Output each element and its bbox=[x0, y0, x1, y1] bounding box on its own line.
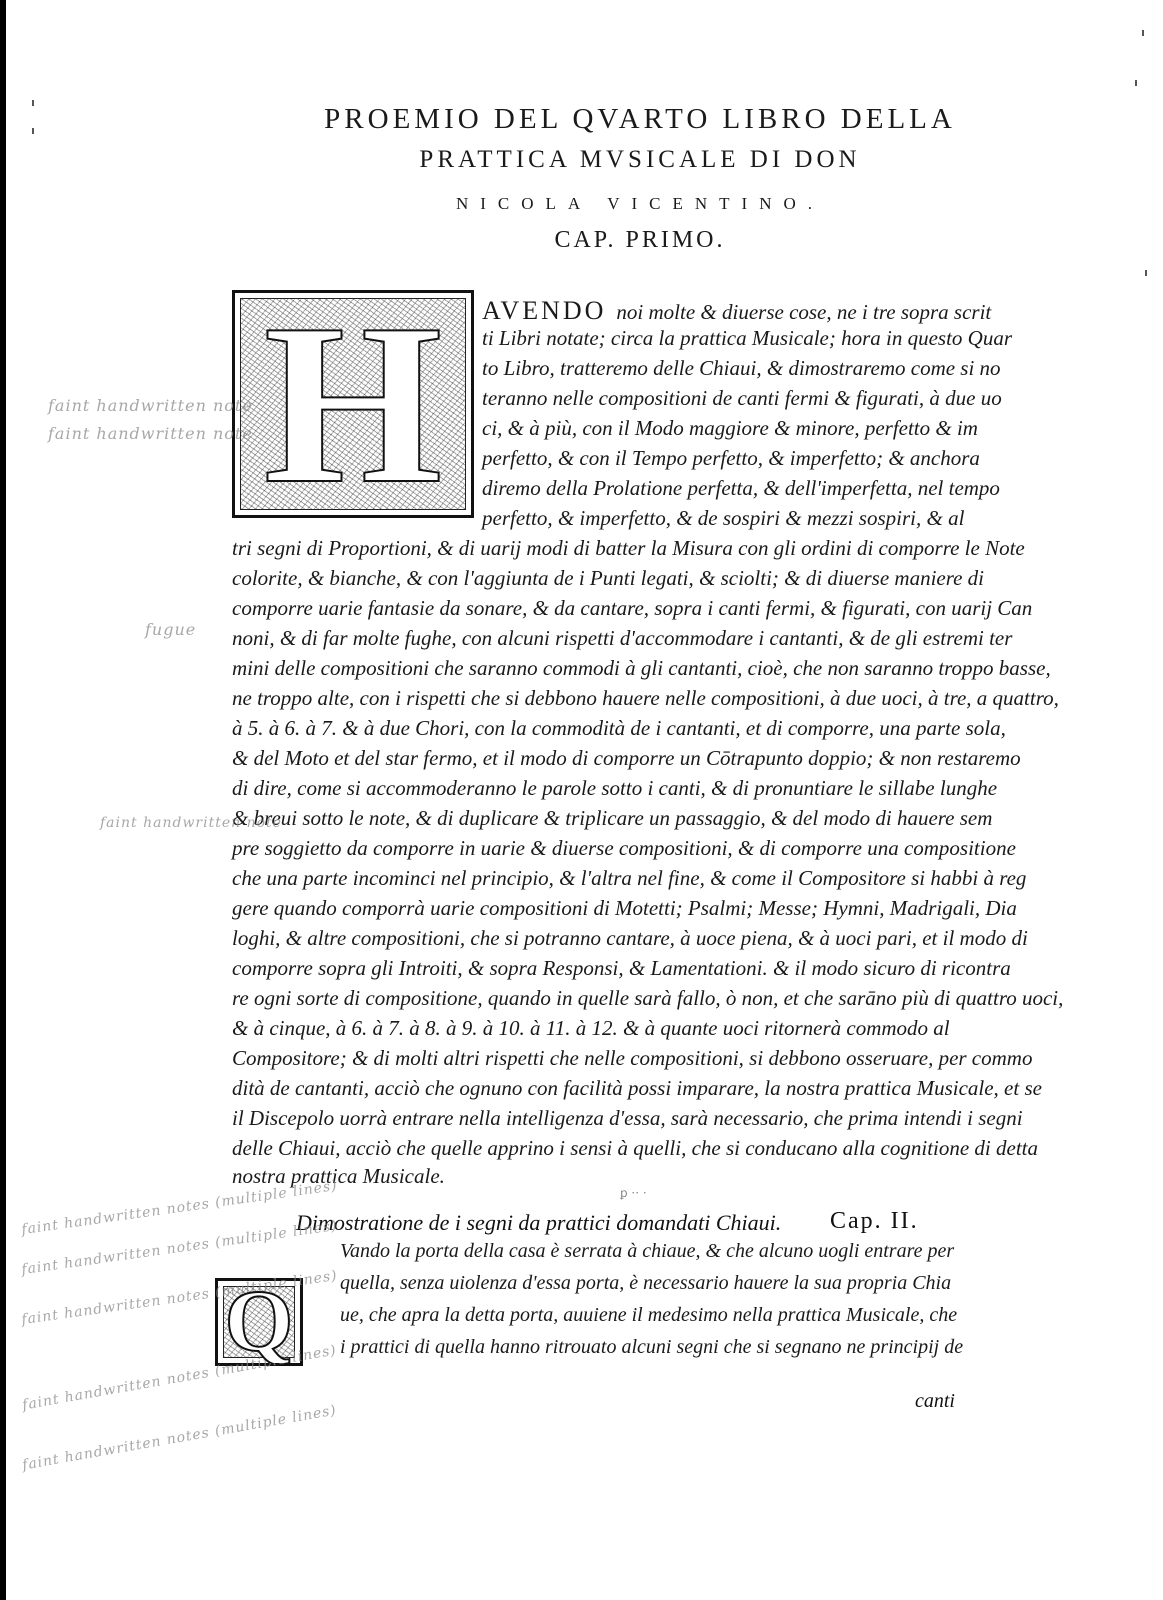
scan-speck bbox=[32, 100, 34, 106]
text-line: perfetto, & imperfetto, & de sospiri & m… bbox=[482, 506, 964, 531]
text-line: ue, che apra la detta porta, auuiene il … bbox=[340, 1304, 957, 1327]
margin-note: faint handwritten notes (multiple lines) bbox=[21, 1402, 338, 1473]
text-line: diremo della Prolatione perfetta, & dell… bbox=[482, 476, 1000, 501]
text-line: & breui sotto le note, & di duplicare & … bbox=[232, 806, 992, 831]
opening-word: AVENDO bbox=[482, 296, 606, 325]
title-line-2: PRATTICA MVSICALE DI DON bbox=[270, 140, 1010, 180]
text-line: i prattici di quella hanno ritrouato alc… bbox=[340, 1336, 963, 1359]
text-line: dità de cantanti, acciò che ognuno con f… bbox=[232, 1076, 1042, 1101]
text-span: noi molte & diuerse cose, ne i tre sopra… bbox=[616, 300, 991, 324]
text-line: pre soggietto da comporre in uarie & diu… bbox=[232, 836, 1016, 861]
scan-border bbox=[0, 0, 6, 1600]
text-line: AVENDOnoi molte & diuerse cose, ne i tre… bbox=[482, 296, 991, 326]
chapter-2-label: Cap. II. bbox=[830, 1208, 919, 1235]
text-line: mini delle compositioni che saranno comm… bbox=[232, 656, 1051, 681]
scan-speck bbox=[1135, 80, 1137, 86]
text-line: gere quando comporrà uarie compositioni … bbox=[232, 896, 1017, 921]
text-line: di dire, come si accommoderanno le parol… bbox=[232, 776, 997, 801]
text-line: quella, senza uiolenza d'essa porta, è n… bbox=[340, 1272, 951, 1295]
title-line-1: PROEMIO DEL QVARTO LIBRO DELLA bbox=[270, 98, 1010, 140]
author-line: NICOLA VICENTINO. bbox=[270, 186, 1010, 222]
text-line: à 5. à 6. à 7. & à due Chori, con la com… bbox=[232, 716, 1006, 741]
text-line: comporre sopra gli Introiti, & sopra Res… bbox=[232, 956, 1011, 981]
text-line: ci, & à più, con il Modo maggiore & mino… bbox=[482, 416, 978, 441]
decorated-initial-q: Q bbox=[215, 1278, 303, 1366]
handwritten-note: ꝑ ·· · bbox=[620, 1186, 647, 1200]
chapter-2-heading: Dimostratione de i segni da prattici dom… bbox=[296, 1210, 781, 1236]
scan-speck bbox=[1145, 270, 1147, 276]
title-block: PROEMIO DEL QVARTO LIBRO DELLA PRATTICA … bbox=[270, 98, 1010, 258]
text-line: delle Chiaui, acciò che quelle apprino i… bbox=[232, 1136, 1038, 1161]
text-line: to Libro, tratteremo delle Chiaui, & dim… bbox=[482, 356, 1001, 381]
scan-speck bbox=[32, 128, 34, 134]
scan-speck bbox=[1142, 30, 1144, 36]
text-line: colorite, & bianche, & con l'aggiunta de… bbox=[232, 566, 984, 591]
text-line: Vando la porta della casa è serrata à ch… bbox=[340, 1240, 954, 1263]
text-line: & del Moto et del star fermo, et il modo… bbox=[232, 746, 1021, 771]
catchword: canti bbox=[915, 1390, 955, 1413]
text-line: perfetto, & con il Tempo perfetto, & imp… bbox=[482, 446, 980, 471]
text-line: Compositore; & di molti altri rispetti c… bbox=[232, 1046, 1032, 1071]
text-line: teranno nelle compositioni de canti ferm… bbox=[482, 386, 1002, 411]
text-line: che una parte incominci nel principio, &… bbox=[232, 866, 1026, 891]
text-line: tri segni di Proportioni, & di uarij mod… bbox=[232, 536, 1025, 561]
text-line: ne troppo alte, con i rispetti che si de… bbox=[232, 686, 1059, 711]
text-line: nostra prattica Musicale. bbox=[232, 1164, 445, 1189]
text-line: ti Libri notate; circa la prattica Music… bbox=[482, 326, 1012, 351]
margin-note: faint handwritten note bbox=[48, 396, 253, 415]
text-line: & à cinque, à 6. à 7. à 8. à 9. à 10. à … bbox=[232, 1016, 950, 1041]
initial-letter: H bbox=[264, 290, 443, 518]
text-line: noni, & di far molte fughe, con alcuni r… bbox=[232, 626, 1012, 651]
initial-letter: Q bbox=[225, 1278, 293, 1366]
text-line: loghi, & altre compositioni, che si potr… bbox=[232, 926, 1028, 951]
decorated-initial-h: H bbox=[232, 290, 474, 518]
scanned-page: PROEMIO DEL QVARTO LIBRO DELLA PRATTICA … bbox=[0, 0, 1163, 1600]
margin-note: faint handwritten note bbox=[100, 815, 282, 831]
text-line: comporre uarie fantasie da sonare, & da … bbox=[232, 596, 1032, 621]
margin-note: fugue bbox=[145, 620, 196, 639]
chapter-1-label: CAP. PRIMO. bbox=[270, 222, 1010, 258]
text-line: il Discepolo uorrà entrare nella intelli… bbox=[232, 1106, 1023, 1131]
margin-note: faint handwritten note bbox=[48, 424, 253, 443]
text-line: re ogni sorte di compositione, quando in… bbox=[232, 986, 1063, 1011]
